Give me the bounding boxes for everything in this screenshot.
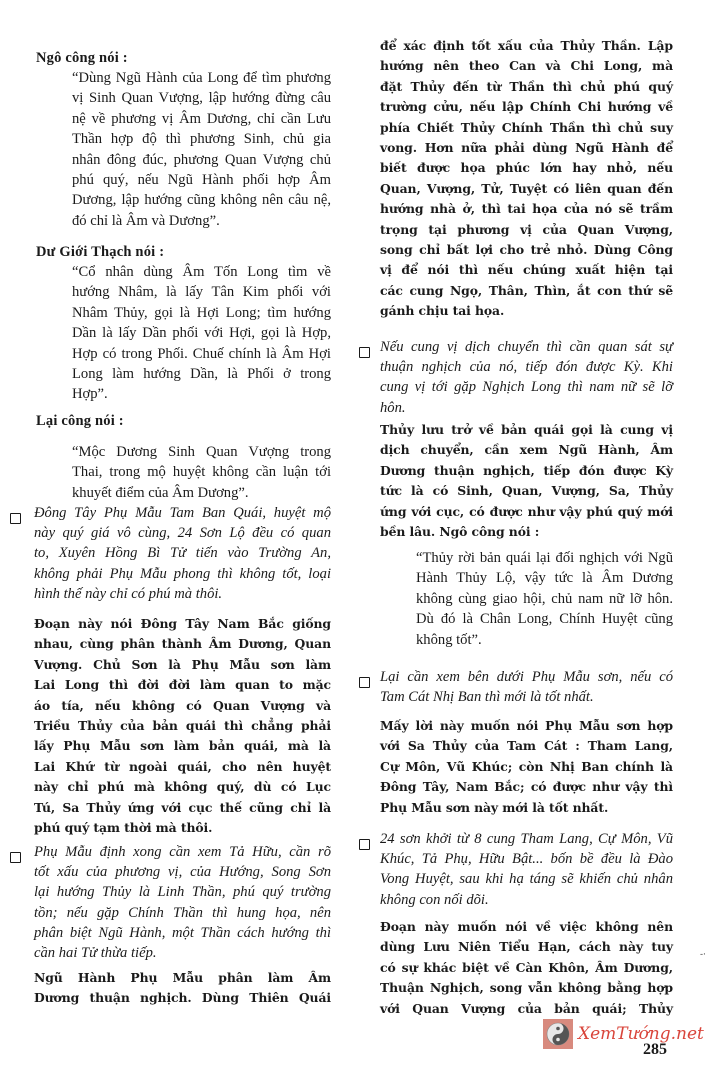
- margin-mark: -·: [700, 950, 706, 960]
- verse-24-son: 24 sơn khởi từ 8 cung Tham Lang, Cự Môn,…: [380, 829, 673, 910]
- quote-du-gioi-thach: “Cổ nhân dùng Âm Tốn Long tìm về hướng N…: [72, 262, 331, 405]
- commentary-paragraph: Đoạn này nói Đông Tây Nam Bắc giống nhau…: [34, 614, 331, 838]
- verse-lai-can-xem: Lại cần xem bên dưới Phụ Mẫu sơn, nếu có…: [380, 667, 673, 707]
- checkbox-bullet-icon: [359, 839, 370, 850]
- verse-cung-vi-dich-chuyen: Nếu cung vị dịch chuyển thì cần quan sát…: [380, 337, 673, 418]
- quote-ngo-cong-2: “Thủy rời bản quái lại đối nghịch với Ng…: [416, 548, 673, 650]
- checkbox-bullet-icon: [10, 852, 21, 863]
- speaker-heading-du-gioi-thach: Dư Giới Thạch nói :: [36, 244, 164, 261]
- verse-phu-mau-dinh-xong: Phụ Mẫu định xong cần xem Tả Hữu, cần rõ…: [34, 842, 331, 963]
- verse-dong-tay-phu-mau: Đông Tây Phụ Mẫu Tam Ban Quái, huyệt mộ …: [34, 503, 331, 604]
- commentary-paragraph: để xác định tốt xấu của Thủy Thần. Lập h…: [380, 36, 673, 322]
- commentary-paragraph: Đoạn này muốn nói về việc không nên dùng…: [380, 917, 673, 1019]
- speaker-heading-ngo-cong: Ngô công nói :: [36, 50, 128, 67]
- watermark-text: XemTướng.net: [578, 1024, 704, 1044]
- speaker-heading-lai-cong: Lại công nói :: [36, 413, 124, 430]
- checkbox-bullet-icon: [359, 347, 370, 358]
- yin-yang-icon: [543, 1019, 573, 1049]
- page-number: 285: [643, 1041, 667, 1059]
- quote-lai-cong: “Mộc Dương Sinh Quan Vượng trong Thai, t…: [72, 442, 331, 503]
- watermark: XemTướng.net: [543, 1021, 704, 1047]
- commentary-paragraph: Mấy lời này muốn nói Phụ Mẫu sơn hợp với…: [380, 716, 673, 818]
- checkbox-bullet-icon: [10, 513, 21, 524]
- quote-ngo-cong: “Dùng Ngũ Hành của Long để tìm phương vị…: [72, 68, 331, 231]
- commentary-paragraph: Ngũ Hành Phụ Mẫu phân làm Âm Dương thuận…: [34, 968, 331, 1009]
- commentary-paragraph: Thủy lưu trở về bản quái gọi là cung vị …: [380, 420, 673, 542]
- checkbox-bullet-icon: [359, 677, 370, 688]
- book-page: Ngô công nói : “Dùng Ngũ Hành của Long đ…: [0, 0, 711, 1067]
